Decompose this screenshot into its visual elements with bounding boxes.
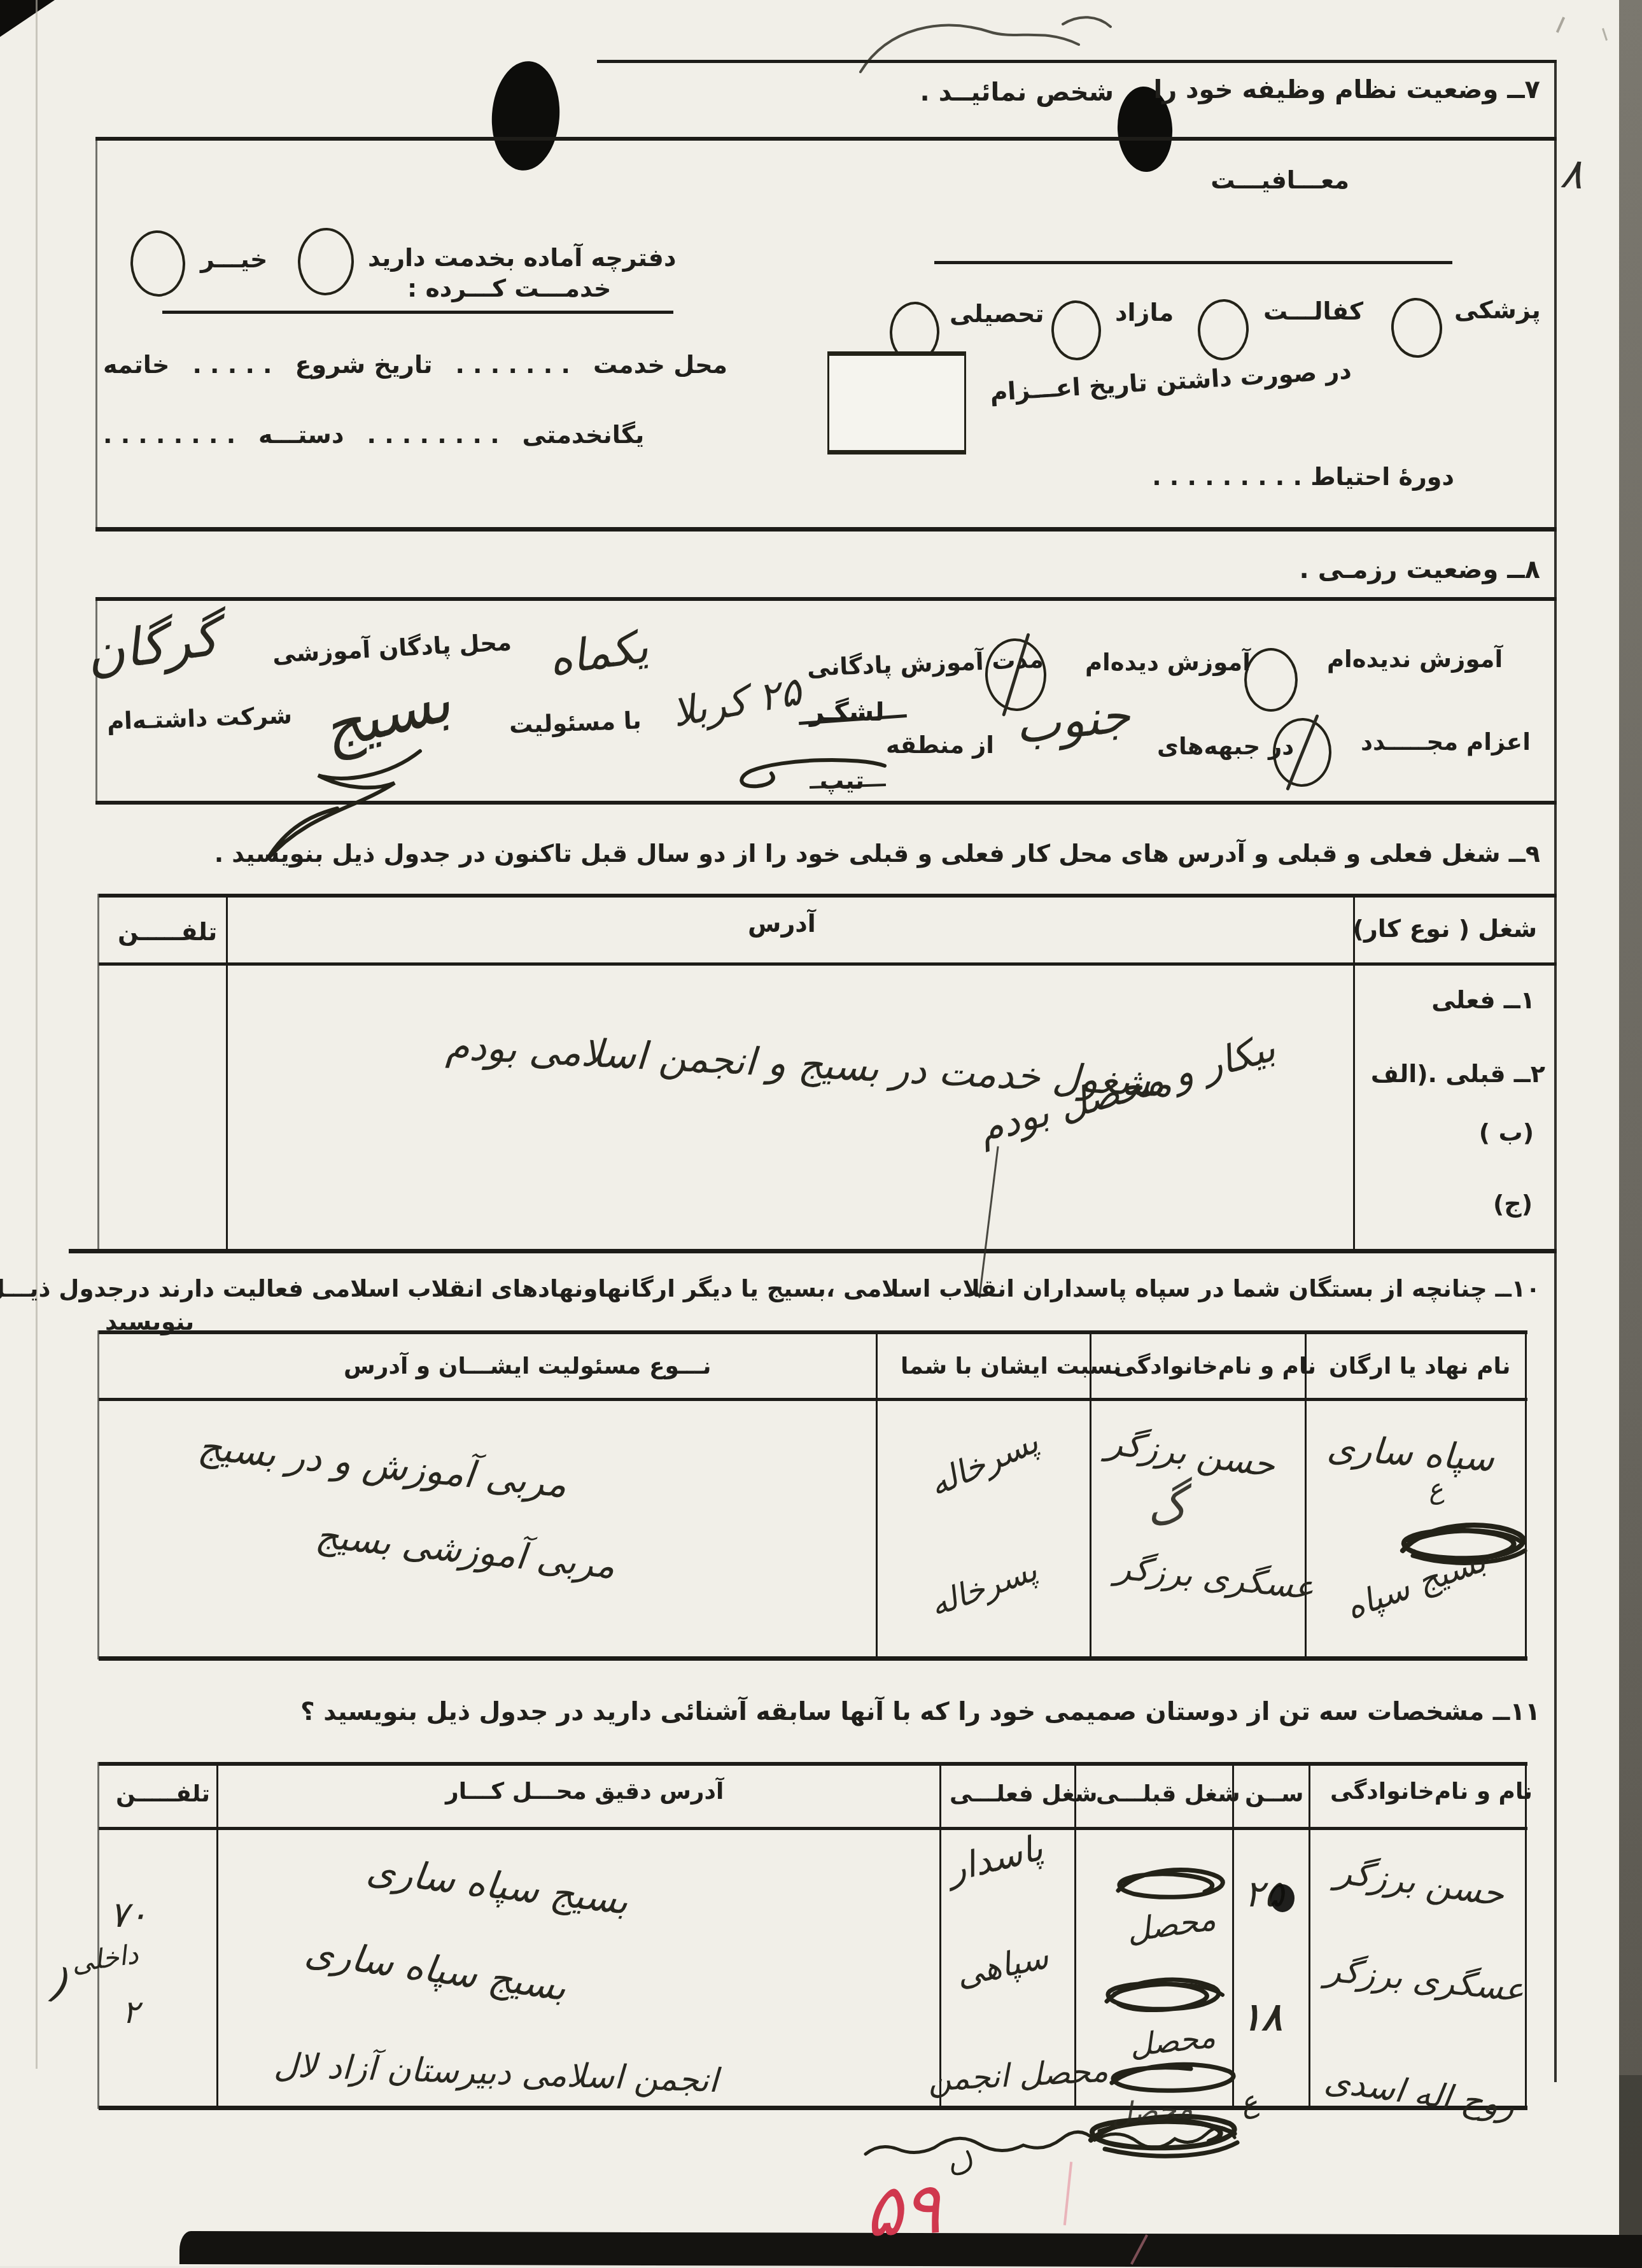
- table11-row2-prevjob-scribble: [1098, 1968, 1235, 2029]
- unit-label: یگانخدمتی: [523, 421, 645, 449]
- table11-header-currjob: شغل فعلـــی: [950, 1781, 1097, 1807]
- responsibility-label: با مسئولیت: [509, 707, 642, 739]
- scan-left-edge-line: [36, 0, 38, 2069]
- table11-left-border: [97, 1762, 99, 2109]
- section8-title: ۸ــ وضعیت رزمـی .: [1300, 555, 1540, 584]
- table11-row2-address: بسیج سپاه ساری: [303, 1933, 569, 2008]
- table9-rowlabel-current: ۱ــ فعلی: [1431, 987, 1535, 1015]
- section7-box-bottom: [95, 527, 1557, 532]
- exemption-option-medical-label: پزشکی: [1454, 297, 1541, 325]
- section11-title: ۱۱ــ مشخصات سه تن از دوستان صمیمی خود را…: [300, 1698, 1540, 1727]
- table11-row3-currjob: محصل انجمن: [927, 2054, 1109, 2097]
- table11-row1-age-blot: [1270, 1884, 1295, 1912]
- service-place-dots: . . . . . . .: [455, 351, 570, 379]
- table11-header-prevjob: شغل قبلـــی: [1096, 1781, 1240, 1807]
- service-end-label: خاتمه: [103, 351, 169, 379]
- table10-header-underline: [99, 1398, 1527, 1401]
- region-handwriting: ۲۵ کربلا: [669, 670, 804, 734]
- table10-left-border: [97, 1330, 99, 1659]
- margin-tick-2: [1602, 28, 1608, 41]
- red-grade-mark: ۵۹: [862, 2171, 943, 2250]
- service-place-line: محل خدمت . . . . . . . تاریخ شروع . . . …: [103, 351, 727, 379]
- participated-label: شرکت داشتـه‌ام: [106, 702, 292, 736]
- camp-location-handwriting: گرگان: [83, 610, 221, 682]
- table10-header-relation: نسبت ایشان با شما: [901, 1353, 1121, 1379]
- booklet-no-label: خیـــر: [200, 246, 268, 274]
- table9-header-underline: [99, 962, 1557, 966]
- table11-row1-tel-c: ۲: [122, 1996, 139, 2029]
- camp-location-label: محل پادگان آموزشی: [272, 629, 512, 668]
- service-unit-line: یگانخدمتی . . . . . . . . دستـــه . . . …: [103, 421, 644, 449]
- untrained-circle: [1244, 648, 1298, 712]
- trained-label: آموزش دیده‌ام: [1085, 649, 1251, 677]
- table11-right-border: [1525, 1762, 1527, 2109]
- table11-top-border: [99, 1762, 1527, 1766]
- margin-tick-1: [1556, 17, 1565, 32]
- section7-box-top: [95, 137, 1557, 141]
- unit-dots: . . . . . . . .: [367, 421, 500, 449]
- service-place-label: محل خدمت: [593, 351, 727, 379]
- table11-header-phone: تلفـــــن: [116, 1781, 210, 1807]
- table11-divider-age: [1309, 1762, 1310, 2109]
- table11-header-age: ســن: [1245, 1781, 1303, 1807]
- table11-row1-tel-b: داخلی: [69, 1940, 139, 1977]
- service-start-dots: . . . . .: [192, 351, 272, 379]
- table9-header-job: شغل ( نوع کار): [1353, 915, 1537, 943]
- region-stretch-stroke: [732, 754, 891, 799]
- table11-divider-phone: [216, 1762, 218, 2109]
- section7-box-left: [95, 137, 97, 530]
- section7-title-lead: ۷ــ وضعیت نظام وظیفه خود را: [1153, 75, 1540, 104]
- table10-row1-flourish: گ: [1142, 1480, 1191, 1535]
- table10-header-org: نام نهاد یا ارگان: [1329, 1353, 1511, 1379]
- illegible-handwriting-below-table: [853, 2112, 1247, 2176]
- table10-row2-relation: پسرخاله: [925, 1553, 1041, 1623]
- table11-header-underline: [99, 1827, 1527, 1830]
- exemption-option-education-label: تحصیلی: [950, 300, 1044, 328]
- table10-right-border: [1525, 1330, 1527, 1659]
- table10-header-role: نـــوع مسئولیت ایشـــان و آدرس: [344, 1353, 711, 1379]
- table11-row1-address: بسیج سپاه ساری: [365, 1850, 631, 1921]
- table9-header-address: آدرس: [748, 910, 816, 938]
- table10-header-name: نام و نام‌خانوادگی: [1114, 1353, 1316, 1379]
- table11-header-name: نام و نام‌خانوادگی: [1330, 1778, 1533, 1805]
- table9-header-phone: تلفـــــن: [118, 919, 217, 947]
- table9-bottom-border: [69, 1249, 1557, 1253]
- table11-bottom-border: [99, 2106, 1527, 2110]
- served-label: خدمـــت کـــرده :: [407, 275, 611, 303]
- exemption-option-guardianship-circle: [1196, 298, 1251, 362]
- table10-row1-role: مربی آموزش و در بسیج: [196, 1427, 568, 1504]
- exemption-label: معـــافیـــت: [1210, 167, 1349, 195]
- table11-row2-currjob: سپاهی: [953, 1940, 1051, 1993]
- table11-row1-currjob: پاسدار: [944, 1830, 1046, 1890]
- served-underline: [162, 311, 673, 314]
- service-start-label: تاریخ شروع: [295, 351, 433, 379]
- section7-title-tail: شخص نمائیــد .: [920, 78, 1114, 107]
- fronts-label: در جبهه‌های: [1157, 733, 1294, 761]
- margin-number-note: ۸: [1559, 151, 1585, 197]
- table10-row1-name: حسن برزگر: [1104, 1425, 1277, 1484]
- table9-divider-phone: [226, 894, 228, 1251]
- form-outer-right-border: [1554, 61, 1557, 2082]
- table9-left-border: [97, 894, 99, 1251]
- scan-right-band: [1619, 0, 1642, 2266]
- squad-dots: . . . . . . . .: [103, 421, 235, 449]
- table10-row2-name: عسگری برزگر: [1114, 1551, 1316, 1606]
- table10-row1-org: سپاه ساری: [1326, 1430, 1495, 1479]
- squad-label: دستـــه: [258, 421, 344, 449]
- table11-row1-tel-a: ۷۰: [109, 1897, 148, 1934]
- table10-divider-org: [1305, 1330, 1307, 1659]
- table11-row3-name: روح اله اسدی: [1323, 2063, 1517, 2124]
- table10-divider-name: [1090, 1330, 1091, 1659]
- reserve-period-line: دورهٔ احتیاط . . . . . . . . .: [1152, 463, 1454, 491]
- scan-corner-wedge: [0, 0, 55, 37]
- section10-title-line1: ۱۰ــ چنانچه از بستگان شما در سپاه پاسدار…: [0, 1276, 1540, 1303]
- region-label: از منطقه: [886, 732, 994, 759]
- dispatch-date-box: [827, 351, 966, 454]
- training-duration-handwriting: یکماه: [546, 623, 651, 684]
- table11-row1-tel-mark: (: [50, 1962, 74, 2008]
- exemption-option-surplus-circle: [1050, 300, 1102, 362]
- table9-divider-job: [1353, 894, 1355, 1251]
- dispatch-note: در صورت داشتن تاریخ اعـــزام: [989, 357, 1352, 407]
- booklet-question-circle: [297, 227, 355, 296]
- exemption-option-guardianship-label: کفالـــت: [1263, 298, 1363, 326]
- table11-row2-name: عسگری برزگر: [1324, 1953, 1526, 2008]
- pencil-scribble-top: [853, 5, 1133, 88]
- section9-title: ۹ــ شغل فعلی و قبلی و آدرس های محل کار ف…: [214, 840, 1540, 868]
- table10-row2-mark: ع: [1424, 1474, 1446, 1505]
- table10-bottom-border: [99, 1656, 1527, 1661]
- redeploy-label: اعزام مجـــــدد: [1361, 729, 1531, 756]
- table10-row1-relation: پسرخاله: [924, 1424, 1044, 1503]
- table9-rowlabel-previous-c: (ج): [1493, 1190, 1533, 1218]
- table10-row2-role: مربی آموزشی بسیج: [314, 1517, 617, 1586]
- exemption-option-surplus-label: مازاد: [1115, 299, 1174, 327]
- hole-punch-left: [488, 59, 563, 173]
- table9-top-border: [99, 894, 1557, 898]
- table9-rowlabel-previous-a: ۲ــ قبلی .(الف: [1371, 1060, 1545, 1088]
- table11-divider-address: [939, 1762, 941, 2109]
- table11-row2-age: ۱۸: [1241, 1997, 1282, 2038]
- table11-header-address: آدرس دقیق محـــل کـــار: [446, 1778, 724, 1805]
- table9-rowlabel-previous-b: (ب ): [1479, 1119, 1534, 1147]
- section8-box-top: [95, 597, 1557, 601]
- table11-row1-name: حسن برزگر: [1333, 1854, 1506, 1913]
- table10-top-border: [99, 1330, 1527, 1334]
- scanned-form-page: ۸ ۷ــ وضعیت نظام وظیفه خود را شخص نمائیـ…: [0, 0, 1642, 2266]
- table11-row3-address: انجمن اسلامی دبیرستان آزاد لال: [273, 2048, 719, 2099]
- booklet-no-circle: [129, 229, 186, 298]
- untrained-label: آموزش ندیده‌ام: [1327, 646, 1503, 673]
- exemption-option-medical-circle: [1389, 296, 1444, 359]
- fronts-handwriting: جنوب: [1013, 689, 1132, 752]
- booklet-question-label: دفترچه آماده بخدمت دارید: [368, 244, 676, 272]
- table10-divider-relation: [876, 1330, 878, 1659]
- exemption-underline: [934, 261, 1452, 264]
